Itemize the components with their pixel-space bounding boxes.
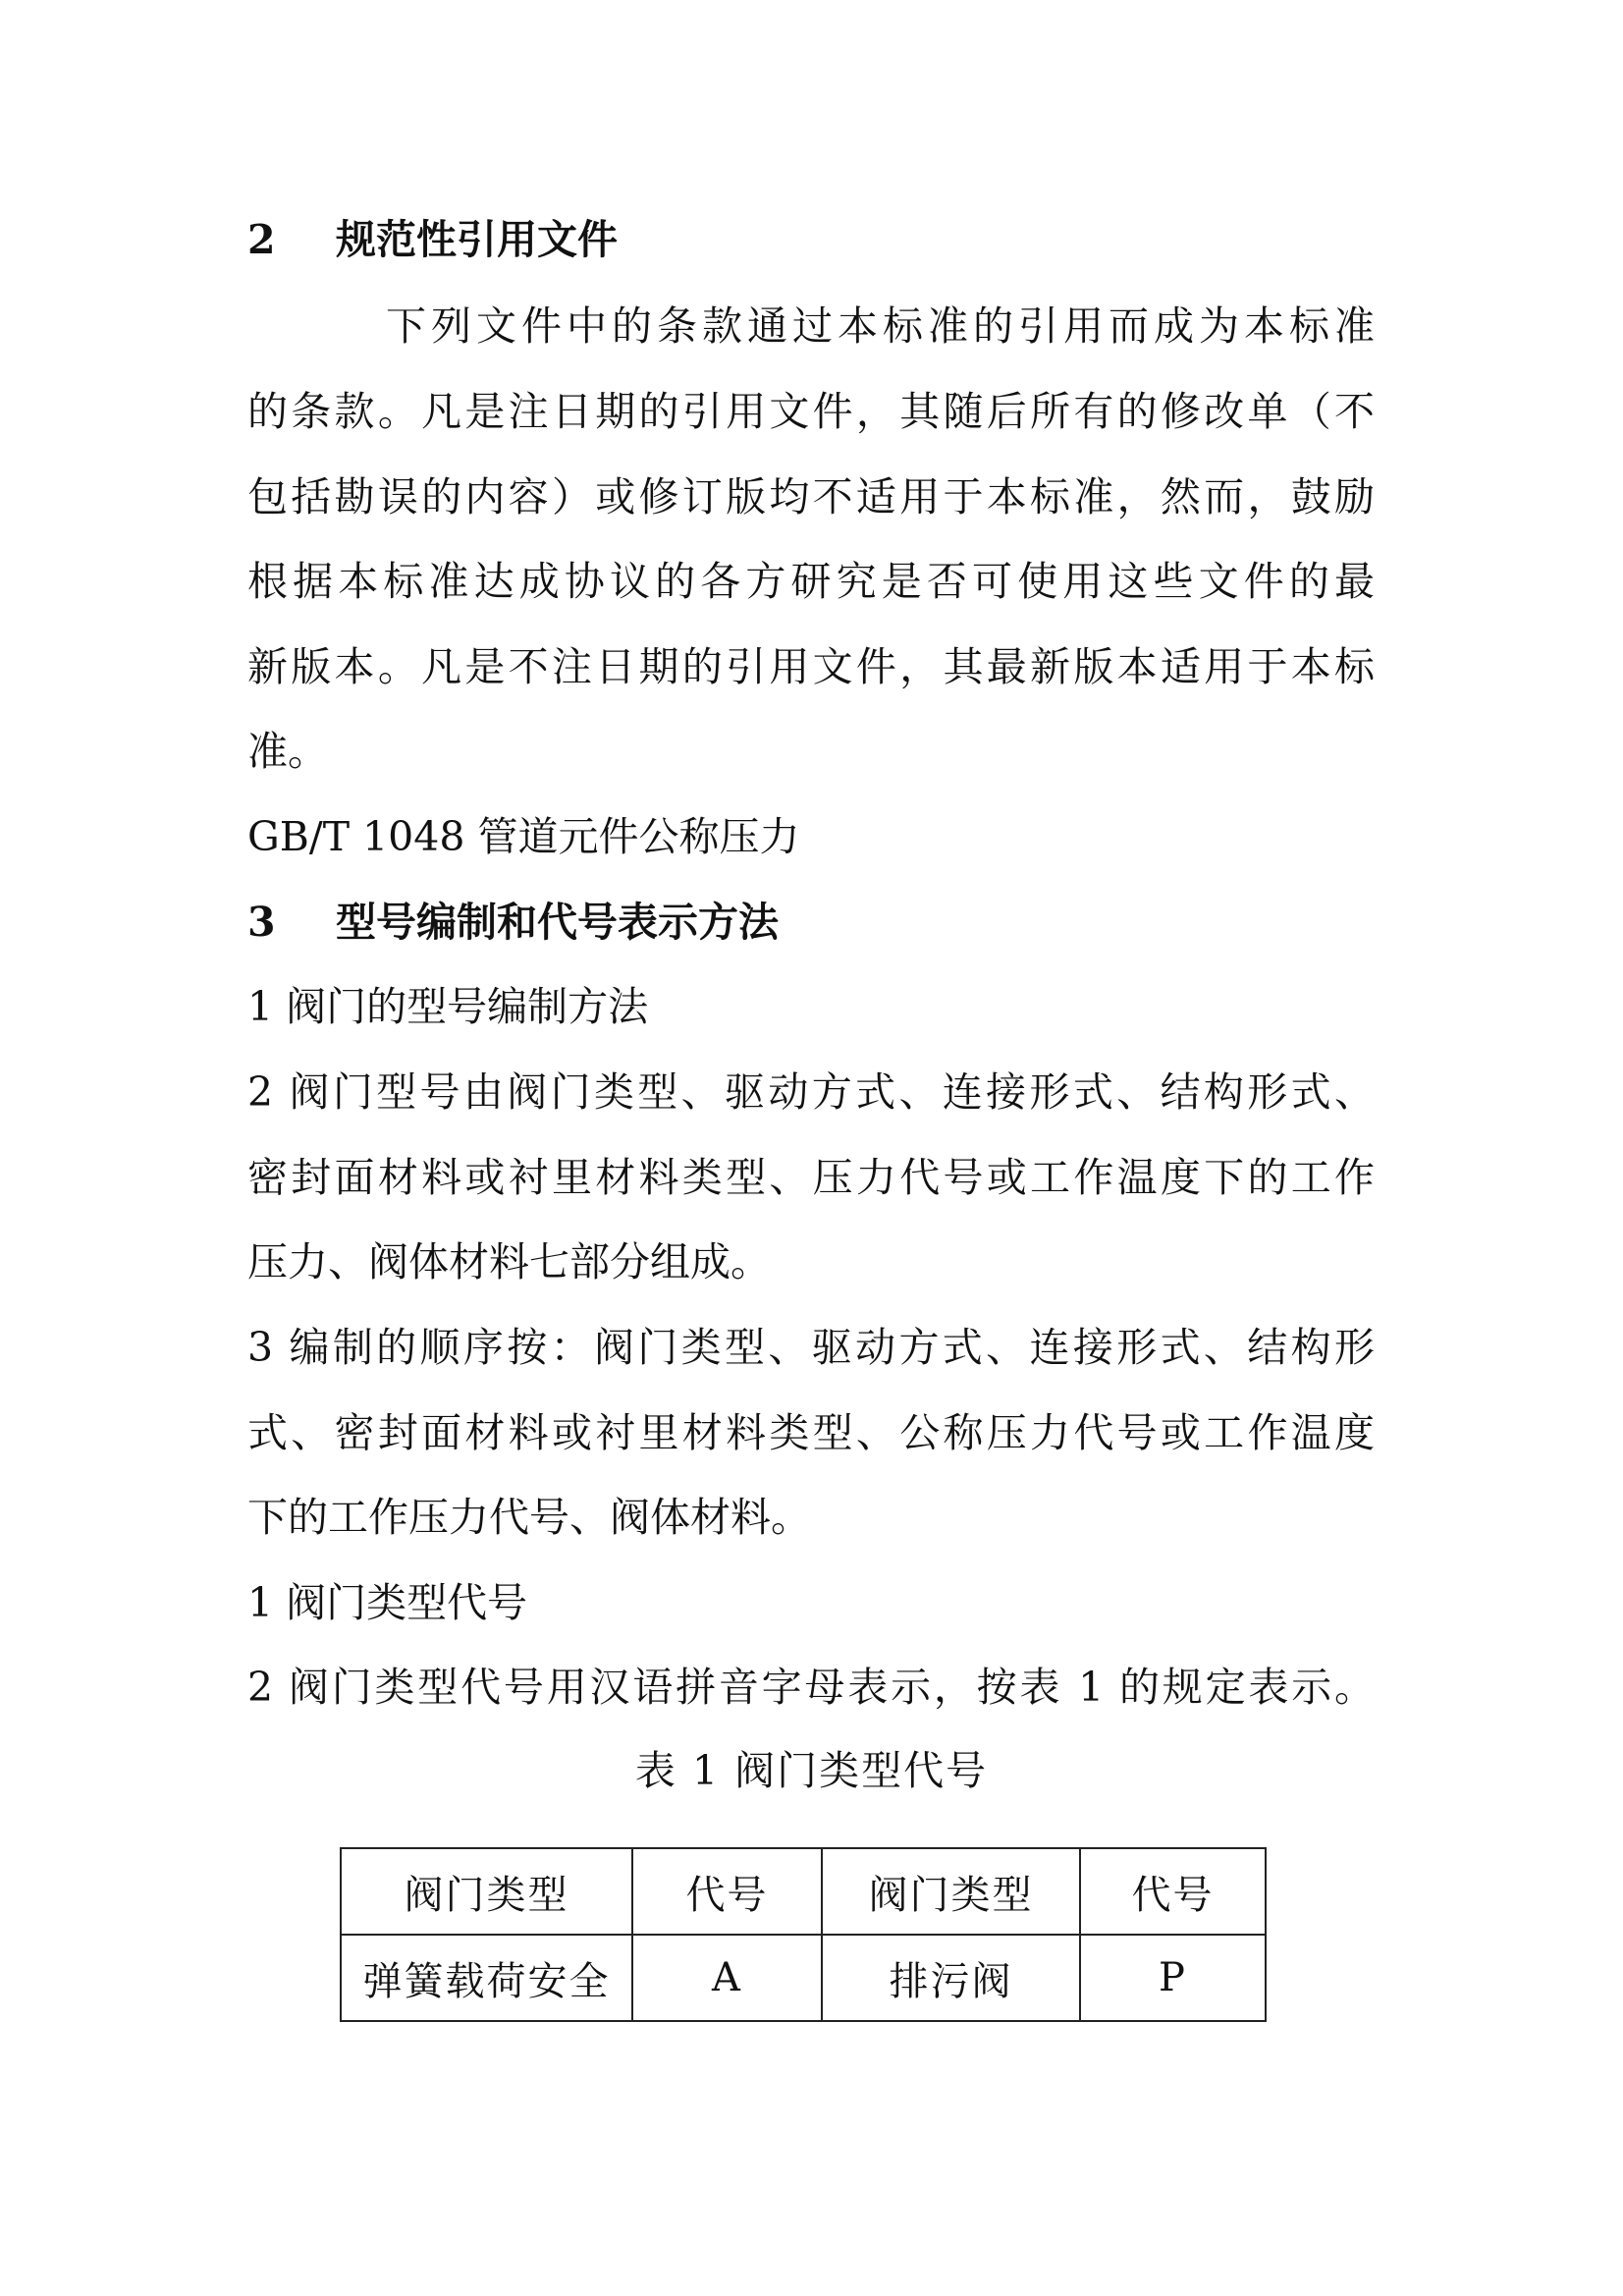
clause-line: 压力、阀体材料七部分组成。	[247, 1232, 1375, 1291]
clause-line: 2 阀门类型代号用汉语拼音字母表示，按表 1 的规定表示。	[247, 1658, 1375, 1717]
clause-line: 下的工作压力代号、阀体材料。	[247, 1488, 1375, 1547]
table-header-cell: 阀门类型	[822, 1848, 1080, 1935]
paragraph-line: 根据本标准达成协议的各方研究是否可使用这些文件的最	[247, 552, 1375, 611]
table-cell: 弹簧载荷安全	[341, 1935, 632, 2021]
clause-line: 式、密封面材料或衬里材料类型、公称压力代号或工作温度	[247, 1403, 1375, 1462]
section-3-heading: 3型号编制和代号表示方法	[247, 893, 1375, 952]
table-header-cell: 代号	[1080, 1848, 1266, 1935]
clause-line: 1 阀门的型号编制方法	[247, 977, 1375, 1036]
paragraph-line: 包括勘误的内容）或修订版均不适用于本标准，然而，鼓励	[247, 467, 1375, 526]
section-title: 型号编制和代号表示方法	[336, 899, 779, 946]
paragraph-line: 准。	[247, 722, 1375, 781]
table-header-cell: 代号	[632, 1848, 822, 1935]
table-row: 弹簧载荷安全 A 排污阀 P	[341, 1935, 1266, 2021]
table-caption: 表 1 阀门类型代号	[0, 1741, 1623, 1800]
clause-line: 2 阀门型号由阀门类型、驱动方式、连接形式、结构形式、	[247, 1063, 1375, 1121]
clause-line: 密封面材料或衬里材料类型、压力代号或工作温度下的工作	[247, 1148, 1375, 1207]
valve-type-table: 阀门类型 代号 阀门类型 代号 弹簧载荷安全 A 排污阀 P	[340, 1847, 1267, 2022]
section-number: 2	[247, 210, 336, 269]
paragraph-line: 新版本。凡是不注日期的引用文件，其最新版本适用于本标	[247, 637, 1375, 696]
table-cell: A	[632, 1935, 822, 2021]
section-2-heading: 2规范性引用文件	[247, 210, 1375, 269]
paragraph-line: 的条款。凡是注日期的引用文件，其随后所有的修改单（不	[247, 382, 1375, 441]
table-header-row: 阀门类型 代号 阀门类型 代号	[341, 1848, 1266, 1935]
paragraph-line: 下列文件中的条款通过本标准的引用而成为本标准	[247, 297, 1375, 355]
table-header-cell: 阀门类型	[341, 1848, 632, 1935]
section-number: 3	[247, 893, 336, 952]
reference-standard: GB/T 1048 管道元件公称压力	[247, 807, 1375, 866]
section-title: 规范性引用文件	[336, 216, 618, 263]
clause-line: 1 阀门类型代号	[247, 1573, 1375, 1632]
clause-line: 3 编制的顺序按：阀门类型、驱动方式、连接形式、结构形	[247, 1318, 1375, 1377]
table-cell: P	[1080, 1935, 1266, 2021]
table-cell: 排污阀	[822, 1935, 1080, 2021]
